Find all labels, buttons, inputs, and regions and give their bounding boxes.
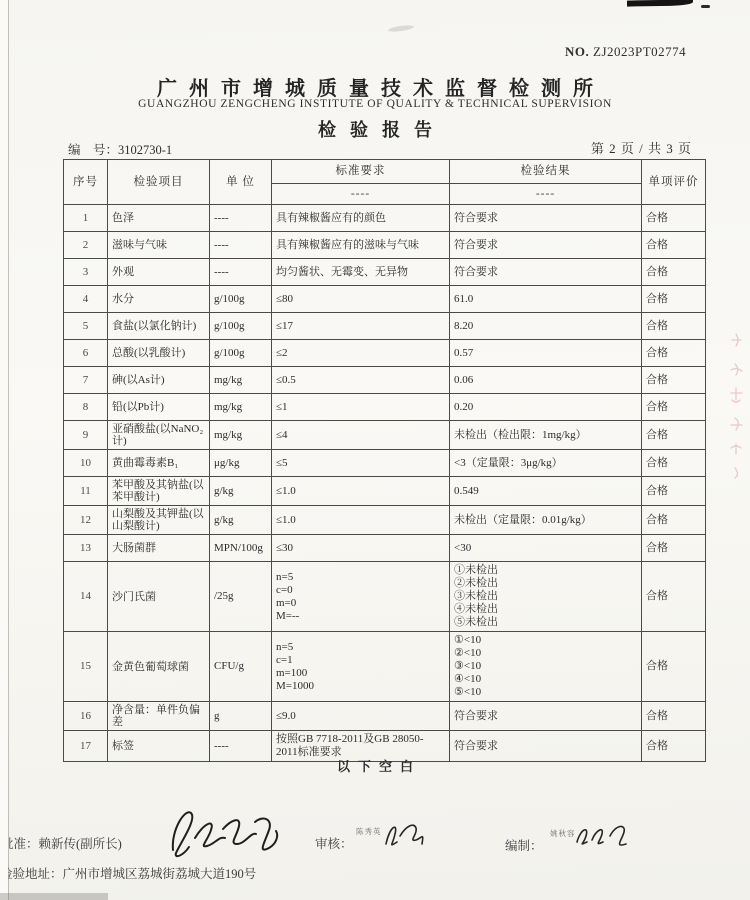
address-label: 检验地址： bbox=[8, 867, 63, 881]
table-body: 1 色泽 ---- 具有辣椒酱应有的颜色 符合要求 合格 2 滋味与气味 ---… bbox=[64, 205, 706, 762]
row-no: 5 bbox=[64, 313, 108, 340]
row-no: 10 bbox=[64, 450, 108, 477]
row-unit: mg/kg bbox=[210, 421, 272, 450]
col-header-no: 序号 bbox=[64, 160, 108, 205]
row-no: 8 bbox=[64, 394, 108, 421]
row-evaluation: 合格 bbox=[642, 702, 706, 731]
row-no: 15 bbox=[64, 632, 108, 702]
col-header-standard: 标准要求 bbox=[272, 160, 450, 184]
row-evaluation: 合格 bbox=[642, 394, 706, 421]
row-result: 未检出（定量限：0.01g/kg） bbox=[450, 506, 642, 535]
row-standard: ≤1.0 bbox=[272, 477, 450, 506]
row-evaluation: 合格 bbox=[642, 367, 706, 394]
row-result: ①<10 ②<10 ③<10 ④<10 ⑤<10 bbox=[450, 632, 642, 702]
scan-artifact-top-dot bbox=[701, 5, 710, 8]
table-row: 13 大肠菌群 MPN/100g ≤30 <30 合格 bbox=[64, 535, 706, 562]
row-standard: ≤5 bbox=[272, 450, 450, 477]
approver-signature bbox=[163, 796, 283, 868]
row-standard: n=5 c=0 m=0 M=-- bbox=[272, 562, 450, 632]
row-unit: ---- bbox=[210, 205, 272, 232]
row-unit: ---- bbox=[210, 259, 272, 286]
scan-bottom-shade bbox=[0, 893, 108, 900]
row-unit: g/kg bbox=[210, 506, 272, 535]
row-item: 净含量：单件负偏差 bbox=[108, 702, 210, 731]
row-evaluation: 合格 bbox=[642, 340, 706, 367]
table-row: 1 色泽 ---- 具有辣椒酱应有的颜色 符合要求 合格 bbox=[64, 205, 706, 232]
table-header: 序号 检验项目 单 位 标准要求 检验结果 单项评价 ---- ---- bbox=[64, 160, 706, 205]
table-row: 12 山梨酸及其钾盐(以山梨酸计) g/kg ≤1.0 未检出（定量限：0.01… bbox=[64, 506, 706, 535]
row-evaluation: 合格 bbox=[642, 506, 706, 535]
row-unit: g/100g bbox=[210, 313, 272, 340]
row-result: 0.06 bbox=[450, 367, 642, 394]
table-row: 6 总酸(以乳酸计) g/100g ≤2 0.57 合格 bbox=[64, 340, 706, 367]
review-label: 审核： bbox=[315, 834, 353, 852]
compiler-signature bbox=[572, 818, 634, 852]
row-result: <30 bbox=[450, 535, 642, 562]
row-unit: g bbox=[210, 702, 272, 731]
row-evaluation: 合格 bbox=[642, 477, 706, 506]
table-row: 8 铅(以Pb计) mg/kg ≤1 0.20 合格 bbox=[64, 394, 706, 421]
scan-smudge bbox=[388, 24, 414, 33]
report-number: NO. ZJ2023PT02774 bbox=[565, 44, 686, 60]
row-standard: ≤17 bbox=[272, 313, 450, 340]
row-item: 砷(以As计) bbox=[108, 367, 210, 394]
row-unit: μg/kg bbox=[210, 450, 272, 477]
table-row: 15 金黄色葡萄球菌 CFU/g n=5 c=1 m=100 M=1000 ①<… bbox=[64, 632, 706, 702]
standard-subheader: ---- bbox=[272, 184, 450, 205]
institute-title-cn: 广州市增城质量技术监督检测所 bbox=[0, 72, 750, 101]
row-evaluation: 合格 bbox=[642, 313, 706, 340]
row-no: 14 bbox=[64, 562, 108, 632]
row-evaluation: 合格 bbox=[642, 450, 706, 477]
signature-line: 批准：赖新传(副所长) 审核： 陈秀英 编制： 姚秋容 bbox=[0, 828, 750, 868]
approve-label: 批准： bbox=[9, 837, 39, 851]
row-evaluation: 合格 bbox=[642, 535, 706, 562]
approver-name: 赖新传(副所长) bbox=[39, 837, 122, 851]
row-evaluation: 合格 bbox=[642, 286, 706, 313]
row-evaluation: 合格 bbox=[642, 632, 706, 702]
row-item: 山梨酸及其钾盐(以山梨酸计) bbox=[108, 506, 210, 535]
table-row: 4 水分 g/100g ≤80 61.0 合格 bbox=[64, 286, 706, 313]
row-result: 未检出（检出限：1mg/kg） bbox=[450, 421, 642, 450]
col-header-evaluation: 单项评价 bbox=[642, 160, 706, 205]
row-no: 2 bbox=[64, 232, 108, 259]
row-evaluation: 合格 bbox=[642, 259, 706, 286]
table-row: 11 苯甲酸及其钠盐(以苯甲酸计) g/kg ≤1.0 0.549 合格 bbox=[64, 477, 706, 506]
row-evaluation: 合格 bbox=[642, 205, 706, 232]
row-result: 符合要求 bbox=[450, 702, 642, 731]
approve-block: 批准：赖新传(副所长) bbox=[9, 834, 179, 852]
inspection-results-table: 序号 检验项目 单 位 标准要求 检验结果 单项评价 ---- ---- 1 色… bbox=[63, 159, 706, 762]
row-result: <3（定量限：3μg/kg） bbox=[450, 450, 642, 477]
row-result: 符合要求 bbox=[450, 259, 642, 286]
scan-artifact-top-mark bbox=[627, 0, 693, 7]
row-standard: ≤1 bbox=[272, 394, 450, 421]
table-row: 2 滋味与气味 ---- 具有辣椒酱应有的滋味与气味 符合要求 合格 bbox=[64, 232, 706, 259]
row-evaluation: 合格 bbox=[642, 232, 706, 259]
row-result: 符合要求 bbox=[450, 232, 642, 259]
reviewer-printed-name: 陈秀英 bbox=[356, 826, 382, 837]
row-item: 外观 bbox=[108, 259, 210, 286]
table-row: 10 黄曲霉毒素B₁ μg/kg ≤5 <3（定量限：3μg/kg） 合格 bbox=[64, 450, 706, 477]
row-unit: ---- bbox=[210, 232, 272, 259]
row-no: 16 bbox=[64, 702, 108, 731]
row-item: 苯甲酸及其钠盐(以苯甲酸计) bbox=[108, 477, 210, 506]
row-evaluation: 合格 bbox=[642, 562, 706, 632]
row-standard: ≤30 bbox=[272, 535, 450, 562]
row-standard: ≤80 bbox=[272, 286, 450, 313]
row-unit: mg/kg bbox=[210, 367, 272, 394]
row-item: 沙门氏菌 bbox=[108, 562, 210, 632]
row-no: 12 bbox=[64, 506, 108, 535]
reviewer-signature bbox=[380, 816, 428, 854]
row-result: 0.57 bbox=[450, 340, 642, 367]
row-no: 7 bbox=[64, 367, 108, 394]
serial-value: 3102730-1 bbox=[118, 143, 172, 157]
row-unit: g/100g bbox=[210, 340, 272, 367]
row-item: 总酸(以乳酸计) bbox=[108, 340, 210, 367]
table-row: 14 沙门氏菌 /25g n=5 c=0 m=0 M=-- ①未检出 ②未检出 … bbox=[64, 562, 706, 632]
row-standard: 均匀酱状、无霉变、无异物 bbox=[272, 259, 450, 286]
compile-label: 编制： bbox=[505, 836, 543, 854]
row-result: ①未检出 ②未检出 ③未检出 ④未检出 ⑤未检出 bbox=[450, 562, 642, 632]
row-standard: ≤1.0 bbox=[272, 506, 450, 535]
col-header-unit: 单 位 bbox=[210, 160, 272, 205]
row-unit: CFU/g bbox=[210, 632, 272, 702]
row-unit: MPN/100g bbox=[210, 535, 272, 562]
report-number-label: NO. bbox=[565, 44, 589, 59]
row-standard: ≤0.5 bbox=[272, 367, 450, 394]
table-row: 16 净含量：单件负偏差 g ≤9.0 符合要求 合格 bbox=[64, 702, 706, 731]
row-result: 0.20 bbox=[450, 394, 642, 421]
address-value: 广州市增城区荔城街荔城大道190号 bbox=[63, 867, 257, 881]
row-item: 色泽 bbox=[108, 205, 210, 232]
report-number-value: ZJ2023PT02774 bbox=[593, 44, 686, 59]
table-row: 7 砷(以As计) mg/kg ≤0.5 0.06 合格 bbox=[64, 367, 706, 394]
serial-label: 编 号： bbox=[68, 143, 118, 157]
row-item: 黄曲霉毒素B₁ bbox=[108, 450, 210, 477]
col-header-item: 检验项目 bbox=[108, 160, 210, 205]
below-blank-note: 以下空白 bbox=[0, 756, 750, 775]
row-item: 滋味与气味 bbox=[108, 232, 210, 259]
row-item: 食盐(以氯化钠计) bbox=[108, 313, 210, 340]
row-item: 大肠菌群 bbox=[108, 535, 210, 562]
row-standard: 具有辣椒酱应有的滋味与气味 bbox=[272, 232, 450, 259]
table-row: 5 食盐(以氯化钠计) g/100g ≤17 8.20 合格 bbox=[64, 313, 706, 340]
page-indicator: 第 2 页 / 共 3 页 bbox=[591, 138, 692, 157]
scanned-report-page: NO. ZJ2023PT02774 广州市增城质量技术监督检测所 GUANGZH… bbox=[0, 0, 750, 900]
table-row: 9 亚硝酸盐(以NaNO₂ 计) mg/kg ≤4 未检出（检出限：1mg/kg… bbox=[64, 421, 706, 450]
table-row: 3 外观 ---- 均匀酱状、无霉变、无异物 符合要求 合格 bbox=[64, 259, 706, 286]
row-unit: g/100g bbox=[210, 286, 272, 313]
result-subheader: ---- bbox=[450, 184, 642, 205]
row-unit: mg/kg bbox=[210, 394, 272, 421]
row-result: 8.20 bbox=[450, 313, 642, 340]
row-standard: ≤4 bbox=[272, 421, 450, 450]
row-unit: /25g bbox=[210, 562, 272, 632]
row-unit: g/kg bbox=[210, 477, 272, 506]
stamp-bleed-marks bbox=[722, 330, 750, 480]
row-no: 4 bbox=[64, 286, 108, 313]
serial-number-line: 编 号：3102730-1 bbox=[68, 140, 172, 158]
row-no: 13 bbox=[64, 535, 108, 562]
row-no: 3 bbox=[64, 259, 108, 286]
row-result: 0.549 bbox=[450, 477, 642, 506]
row-result: 符合要求 bbox=[450, 205, 642, 232]
row-evaluation: 合格 bbox=[642, 421, 706, 450]
row-no: 9 bbox=[64, 421, 108, 450]
row-standard: n=5 c=1 m=100 M=1000 bbox=[272, 632, 450, 702]
row-item: 金黄色葡萄球菌 bbox=[108, 632, 210, 702]
row-result: 61.0 bbox=[450, 286, 642, 313]
row-item: 铅(以Pb计) bbox=[108, 394, 210, 421]
address-line: 检验地址：广州市增城区荔城街荔城大道190号 bbox=[8, 864, 408, 882]
row-standard: ≤2 bbox=[272, 340, 450, 367]
row-no: 6 bbox=[64, 340, 108, 367]
row-standard: ≤9.0 bbox=[272, 702, 450, 731]
row-item: 水分 bbox=[108, 286, 210, 313]
row-no: 1 bbox=[64, 205, 108, 232]
row-no: 11 bbox=[64, 477, 108, 506]
row-item: 亚硝酸盐(以NaNO₂ 计) bbox=[108, 421, 210, 450]
row-standard: 具有辣椒酱应有的颜色 bbox=[272, 205, 450, 232]
institute-title-en: GUANGZHOU ZENGCHENG INSTITUTE OF QUALITY… bbox=[0, 98, 750, 110]
col-header-result: 检验结果 bbox=[450, 160, 642, 184]
